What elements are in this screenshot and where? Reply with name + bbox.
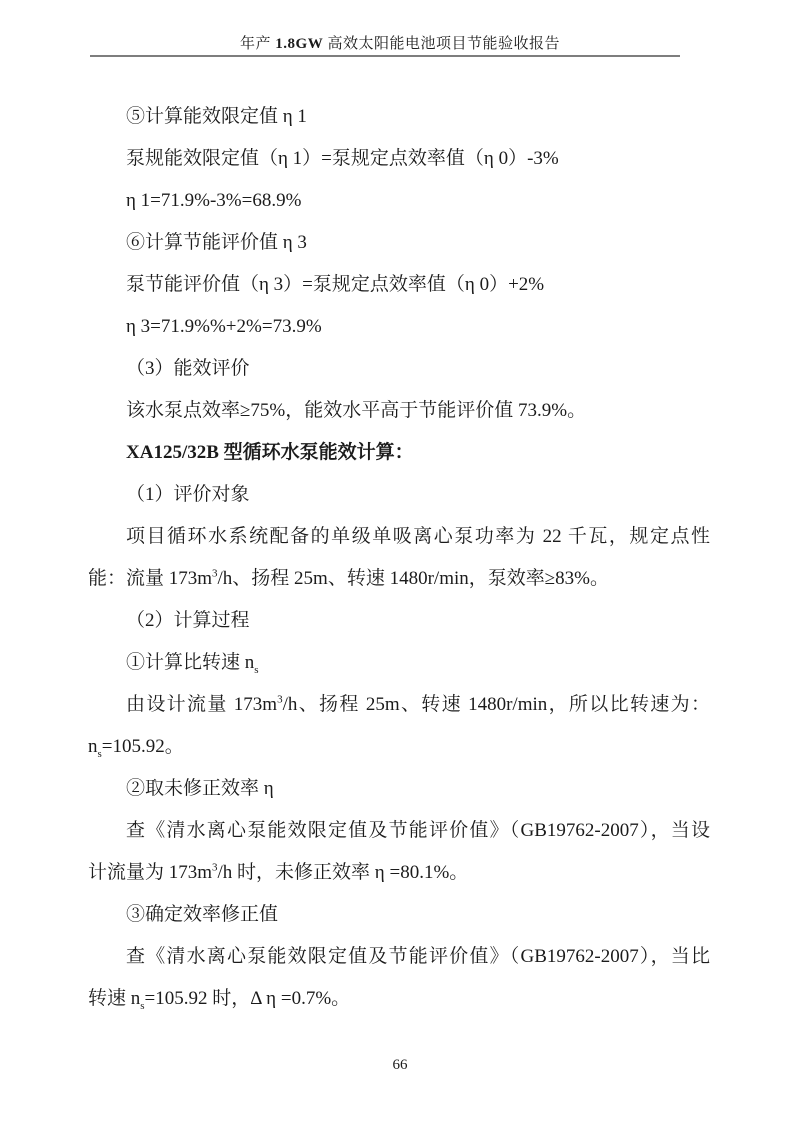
para-step6-title: ⑥计算节能评价值 η 3 (88, 222, 710, 264)
uncorrected-eff-text: 计流量为 173m (88, 862, 212, 883)
correction-text: 转速 n (88, 988, 140, 1009)
step1-text: ①计算比转速 n (126, 652, 254, 673)
speed-calc-text: 由设计流量 173m (126, 694, 277, 715)
para-speed-calc-line1: 由设计流量 173m3/h、扬程 25m、转速 1480r/min，所以比转速为… (88, 684, 710, 726)
para-section3-heading: （3）能效评价 (88, 348, 710, 390)
para-eval-result: η 3=71.9%%+2%=73.9% (88, 306, 710, 348)
para-pump-specs-line2: 能：流量 173m3/h、扬程 25m、转速 1480r/min，泵效率≥83%… (88, 558, 710, 600)
para-step1-title: ①计算比转速 ns (88, 642, 710, 684)
ns-subscript: s (254, 664, 258, 676)
speed-calc-text: /h、扬程 25m、转速 1480r/min，所以比转速为： (283, 694, 710, 715)
header-title-strong: 1.8GW (275, 36, 323, 52)
para-section2-heading: （2）计算过程 (88, 600, 710, 642)
header-title: 年产 1.8GW 高效太阳能电池项目节能验收报告 (0, 35, 800, 53)
para-uncorrected-eff-line2: 计流量为 173m3/h 时，未修正效率 η =80.1%。 (88, 852, 710, 894)
para-uncorrected-eff-line1: 查《清水离心泵能效限定值及节能评价值》（GB19762-2007），当设 (88, 810, 710, 852)
para-limit-formula: 泵规能效限定值（η 1）=泵规定点效率值（η 0）-3% (88, 138, 710, 180)
uncorrected-eff-value: /h 时，未修正效率 η =80.1%。 (218, 862, 469, 883)
para-pump-specs-line1: 项目循环水系统配备的单级单吸离心泵功率为 22 千瓦，规定点性 (88, 516, 710, 558)
ns-text: n (88, 736, 98, 757)
para-efficiency-conclusion: 该水泵点效率≥75%，能效水平高于节能评价值 73.9%。 (88, 390, 710, 432)
header-title-post: 高效太阳能电池项目节能验收报告 (323, 36, 560, 52)
header-rule (90, 55, 680, 57)
para-correction-line1: 查《清水离心泵能效限定值及节能评价值》（GB19762-2007），当比 (88, 936, 710, 978)
para-speed-calc-line2: ns=105.92。 (88, 726, 710, 768)
para-limit-result: η 1=71.9%-3%=68.9% (88, 180, 710, 222)
para-correction-line2: 转速 ns=105.92 时，Δ η =0.7%。 (88, 978, 710, 1020)
document-page: 年产 1.8GW 高效太阳能电池项目节能验收报告 ⑤计算能效限定值 η 1 泵规… (0, 0, 800, 1131)
para-step5-title: ⑤计算能效限定值 η 1 (88, 96, 710, 138)
correction-value: =105.92 时，Δ η =0.7%。 (145, 988, 351, 1009)
pump-specs-text: /h、扬程 25m、转速 1480r/min，泵效率≥83%。 (218, 568, 609, 589)
para-step2-title: ②取未修正效率 η (88, 768, 710, 810)
header-title-pre: 年产 (240, 36, 275, 52)
para-pump-heading: XA125/32B 型循环水泵能效计算： (88, 432, 710, 474)
para-section1-heading: （1）评价对象 (88, 474, 710, 516)
para-step3-title: ③确定效率修正值 (88, 894, 710, 936)
pump-specs-text: 能：流量 173m (88, 568, 212, 589)
ns-value: =105.92。 (102, 736, 184, 757)
document-body: ⑤计算能效限定值 η 1 泵规能效限定值（η 1）=泵规定点效率值（η 0）-3… (88, 96, 710, 1020)
page-number: 66 (0, 1056, 800, 1074)
para-eval-formula: 泵节能评价值（η 3）=泵规定点效率值（η 0）+2% (88, 264, 710, 306)
